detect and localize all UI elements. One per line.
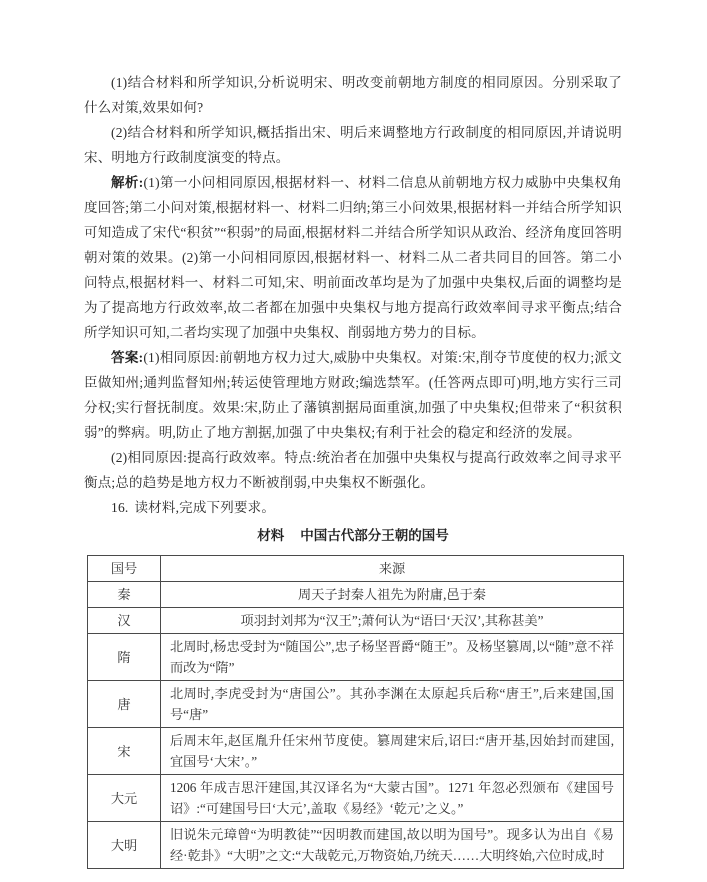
question-16-text: 读材料,完成下列要求。 [134, 500, 275, 515]
dynasty-cell: 秦 [88, 582, 161, 608]
table-row-han: 汉 项羽封刘邦为“汉王”;萧何认为“语曰‘天汉’,其称甚美” [88, 608, 624, 634]
question-16-number: 16. [111, 500, 128, 515]
material-caption: 材料中国古代部分王朝的国号 [84, 523, 622, 548]
dynasty-cell: 唐 [88, 681, 161, 728]
source-cell: 项羽封刘邦为“汉王”;萧何认为“语曰‘天汉’,其称甚美” [161, 608, 624, 634]
source-cell: 北周时,杨忠受封为“随国公”,忠子杨坚晋爵“随王”。及杨坚篡周,以“随”意不祥而… [161, 634, 624, 681]
material-label: 材料 [257, 528, 284, 543]
source-cell: 周天子封秦人祖先为附庸,邑于秦 [161, 582, 624, 608]
question-2: (2)结合材料和所学知识,概括指出宋、明后来调整地方行政制度的相同原因,并请说明… [84, 120, 622, 170]
question-1: (1)结合材料和所学知识,分析说明宋、明改变前朝地方制度的相同原因。分别采取了什… [84, 70, 622, 120]
question-16: 16.读材料,完成下列要求。 [84, 495, 622, 520]
analysis-label: 解析: [111, 175, 143, 190]
answer-label: 答案: [111, 350, 143, 365]
answer-part2-paragraph: (2)相同原因:提高行政效率。特点:统治者在加强中央集权与提高行政效率之间寻求平… [84, 445, 622, 495]
document-page: (1)结合材料和所学知识,分析说明宋、明改变前朝地方制度的相同原因。分别采取了什… [0, 0, 707, 882]
source-cell: 旧说朱元璋曾“为明教徒”“因明教而建国,故以明为国号”。现多认为出自《易经·乾卦… [161, 822, 624, 869]
dynasty-table: 国号 来源 秦 周天子封秦人祖先为附庸,邑于秦 汉 项羽封刘邦为“汉王”;萧何认… [87, 555, 624, 869]
dynasty-cell: 大明 [88, 822, 161, 869]
header-guohao: 国号 [88, 556, 161, 582]
source-cell: 北周时,李虎受封为“唐国公”。其孙李渊在太原起兵后称“唐王”,后来建国,国号“唐… [161, 681, 624, 728]
dynasty-cell: 大元 [88, 775, 161, 822]
table-row-dayuan: 大元 1206 年成吉思汗建国,其汉译名为“大蒙古国”。1271 年忽必烈颁布《… [88, 775, 624, 822]
table-row-tang: 唐 北周时,李虎受封为“唐国公”。其孙李渊在太原起兵后称“唐王”,后来建国,国号… [88, 681, 624, 728]
dynasty-cell: 隋 [88, 634, 161, 681]
analysis-paragraph: 解析:(1)第一小问相同原因,根据材料一、材料二信息从前朝地方权力威胁中央集权角… [84, 170, 622, 345]
answer-paragraph: 答案:(1)相同原因:前朝地方权力过大,威胁中央集权。对策:宋,削夺节度使的权力… [84, 345, 622, 445]
table-row-sui: 隋 北周时,杨忠受封为“随国公”,忠子杨坚晋爵“随王”。及杨坚篡周,以“随”意不… [88, 634, 624, 681]
material-title: 中国古代部分王朝的国号 [300, 528, 449, 543]
table-header-row: 国号 来源 [88, 556, 624, 582]
header-laiyuan: 来源 [161, 556, 624, 582]
dynasty-cell: 宋 [88, 728, 161, 775]
table-row-song: 宋 后周末年,赵匡胤升任宋州节度使。篡周建宋后,诏曰:“唐开基,因始封而建国,宜… [88, 728, 624, 775]
source-cell: 后周末年,赵匡胤升任宋州节度使。篡周建宋后,诏曰:“唐开基,因始封而建国,宜国号… [161, 728, 624, 775]
table-row-qin: 秦 周天子封秦人祖先为附庸,邑于秦 [88, 582, 624, 608]
dynasty-cell: 汉 [88, 608, 161, 634]
analysis-text: (1)第一小问相同原因,根据材料一、材料二信息从前朝地方权力威胁中央集权角度回答… [84, 175, 622, 340]
source-cell: 1206 年成吉思汗建国,其汉译名为“大蒙古国”。1271 年忽必烈颁布《建国号… [161, 775, 624, 822]
table-row-daming: 大明 旧说朱元璋曾“为明教徒”“因明教而建国,故以明为国号”。现多认为出自《易经… [88, 822, 624, 869]
answer-part1-text: (1)相同原因:前朝地方权力过大,威胁中央集权。对策:宋,削夺节度使的权力;派文… [84, 350, 622, 440]
